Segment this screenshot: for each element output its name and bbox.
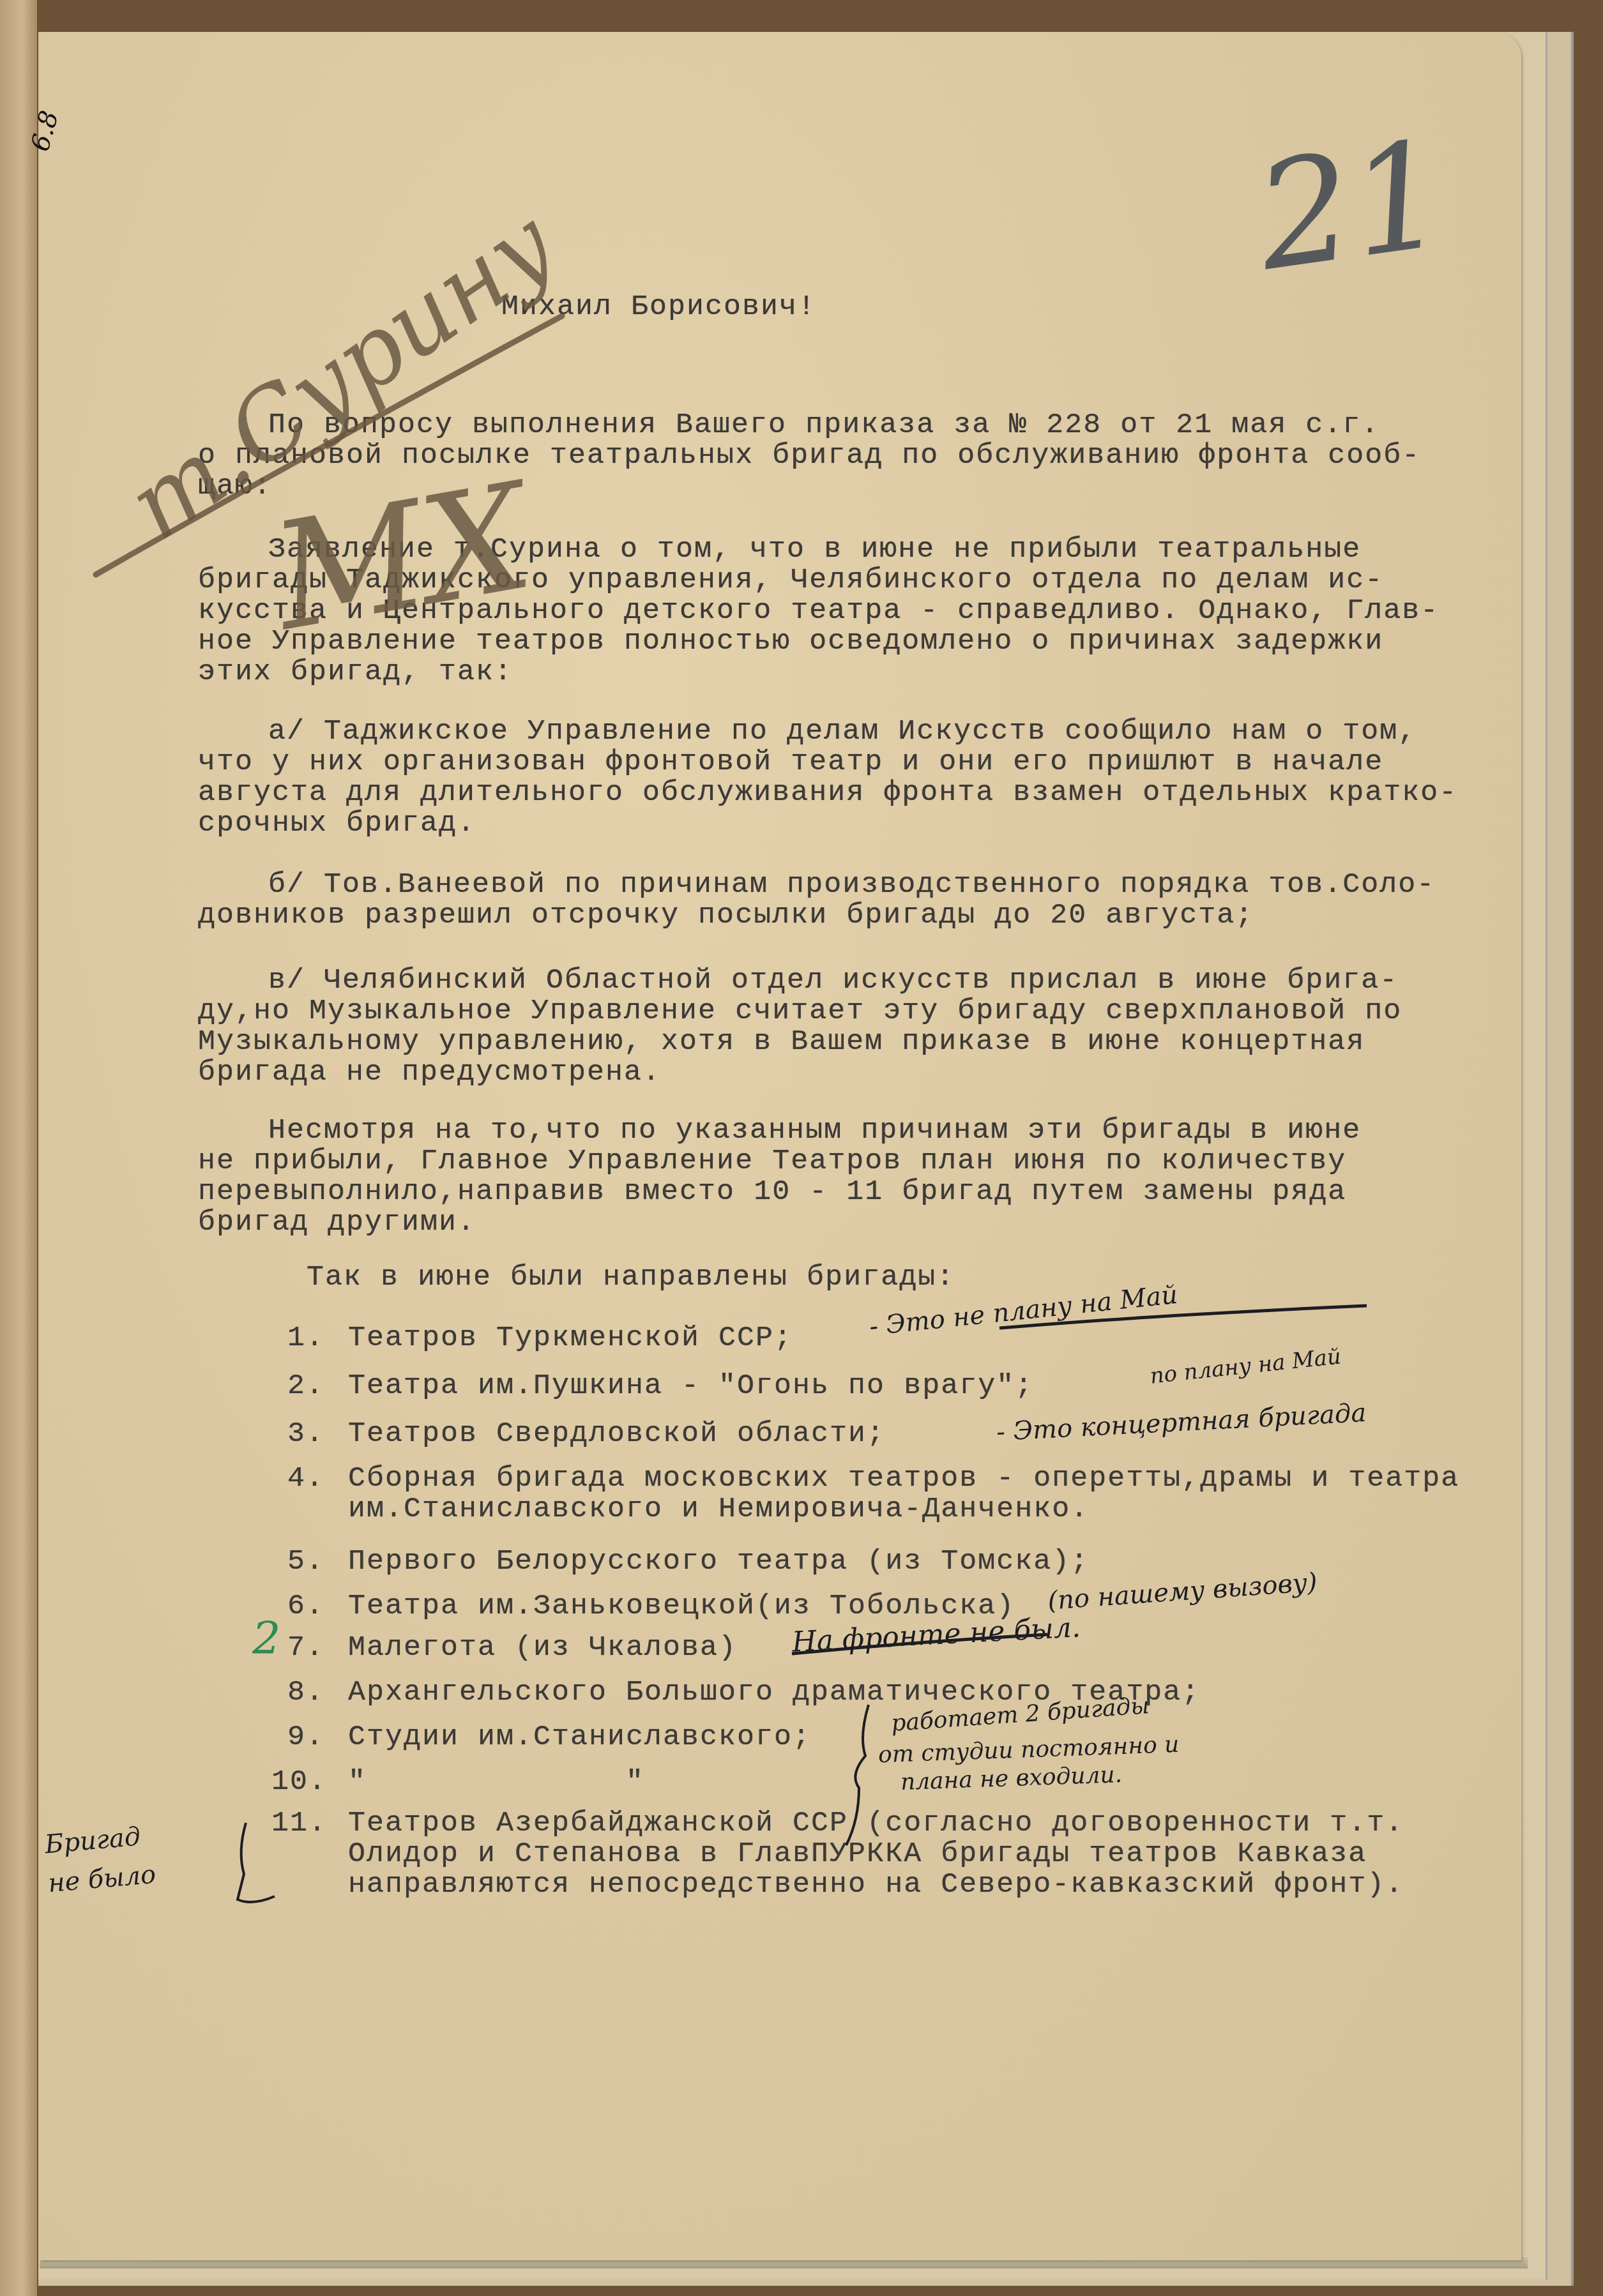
underline-stroke — [792, 1306, 1367, 1654]
pencil-slash-icon — [96, 316, 562, 575]
annotation-strokes — [0, 0, 1603, 2296]
brace-icon — [238, 1705, 869, 1902]
